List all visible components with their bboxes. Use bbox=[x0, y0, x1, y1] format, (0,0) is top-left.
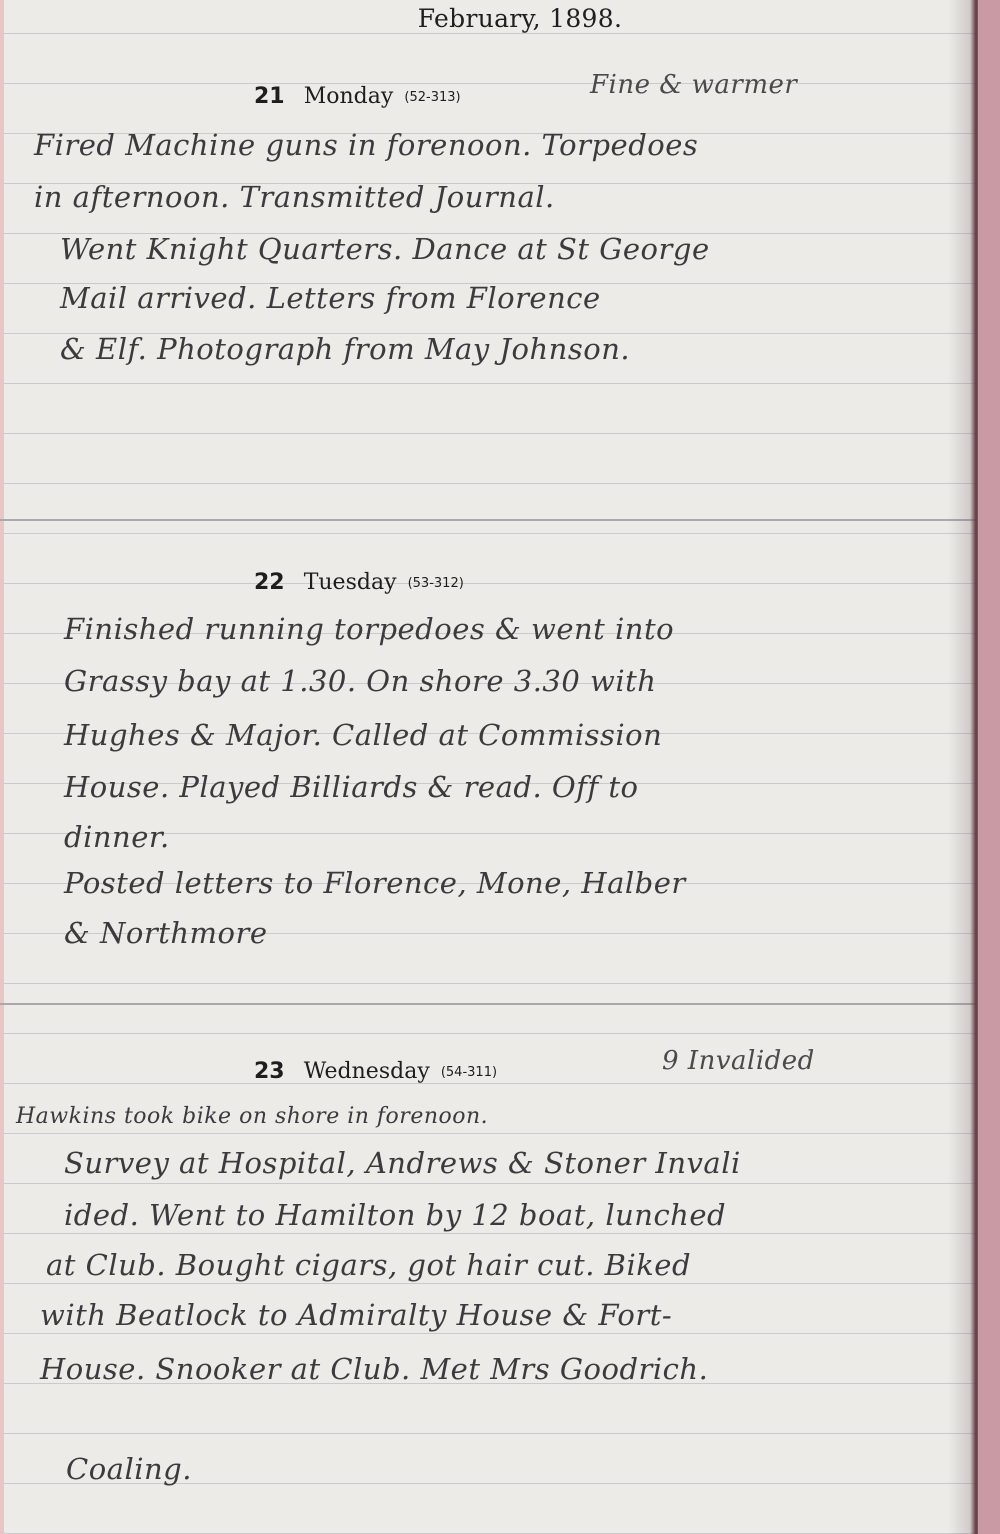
day-number: 21 bbox=[254, 84, 285, 109]
entry-line: ided. Went to Hamilton by 12 boat, lunch… bbox=[64, 1198, 726, 1232]
entry-line: with Beatlock to Admiralty House & Fort- bbox=[40, 1298, 672, 1332]
entry-line: House. Played Billiards & read. Off to bbox=[64, 770, 638, 804]
entry-line: Hawkins took bike on shore in forenoon. bbox=[16, 1104, 488, 1129]
day-number: 23 bbox=[254, 1059, 285, 1084]
weather-note: Fine & warmer bbox=[590, 70, 797, 100]
entry-line: Survey at Hospital, Andrews & Stoner Inv… bbox=[64, 1146, 741, 1180]
book-cover-edge bbox=[978, 0, 1000, 1534]
entry-line: in afternoon. Transmitted Journal. bbox=[34, 180, 555, 214]
day-number: 22 bbox=[254, 570, 285, 595]
entry-line: & Northmore bbox=[64, 916, 268, 950]
entry-line: at Club. Bought cigars, got hair cut. Bi… bbox=[46, 1248, 691, 1282]
day-count: (54-311) bbox=[441, 1065, 497, 1080]
entry-line: Finished running torpedoes & went into bbox=[64, 612, 674, 646]
page-left-edge bbox=[0, 0, 4, 1534]
day-name: Wednesday bbox=[304, 1059, 430, 1084]
day-divider bbox=[0, 1003, 978, 1005]
weather-note: 9 Invalided bbox=[662, 1046, 815, 1076]
day-divider bbox=[0, 519, 978, 521]
entry-line: Coaling. bbox=[66, 1452, 192, 1486]
entry-line: Posted letters to Florence, Mone, Halber bbox=[64, 866, 686, 900]
entry-line: House. Snooker at Club. Met Mrs Goodrich… bbox=[40, 1352, 708, 1386]
day-count: (53-312) bbox=[408, 576, 464, 591]
month-title: February, 1898. bbox=[0, 4, 1000, 33]
day-header-23: 23 Wednesday (54-311) bbox=[254, 1059, 497, 1084]
entry-line: Fired Machine guns in forenoon. Torpedoe… bbox=[34, 128, 698, 162]
diary-page: February, 1898. 21 Monday (52-313) Fine … bbox=[0, 0, 978, 1534]
day-header-22: 22 Tuesday (53-312) bbox=[254, 570, 464, 595]
day-name: Tuesday bbox=[304, 570, 397, 595]
entry-line: dinner. bbox=[64, 820, 170, 854]
entry-line: Mail arrived. Letters from Florence bbox=[60, 281, 601, 315]
entry-line: Grassy bay at 1.30. On shore 3.30 with bbox=[64, 664, 656, 698]
day-count: (52-313) bbox=[404, 90, 460, 105]
day-name: Monday bbox=[304, 84, 394, 109]
entry-line: Hughes & Major. Called at Commission bbox=[64, 718, 662, 752]
day-header-21: 21 Monday (52-313) bbox=[254, 84, 461, 109]
entry-line: & Elf. Photograph from May Johnson. bbox=[60, 332, 630, 366]
entry-line: Went Knight Quarters. Dance at St George bbox=[60, 232, 710, 266]
